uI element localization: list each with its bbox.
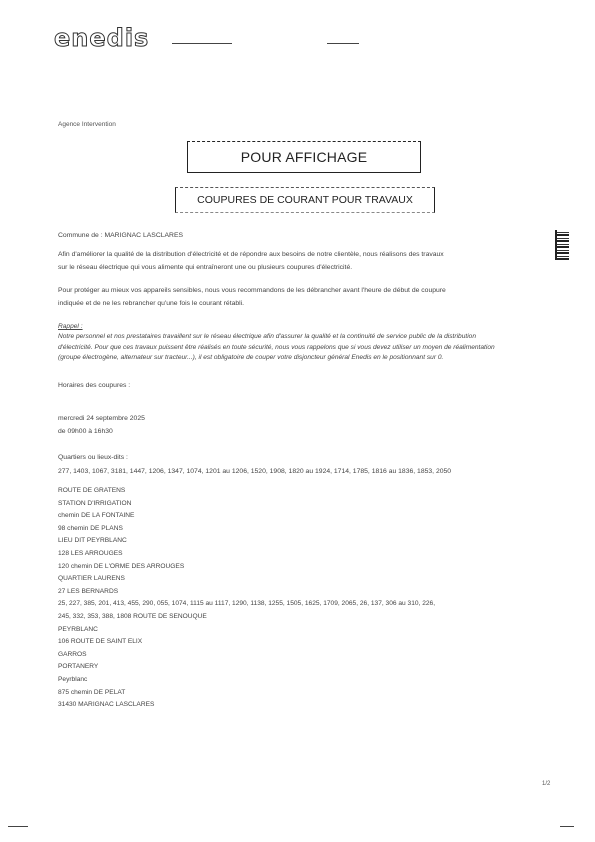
area-item: ROUTE DE GRATENS: [58, 485, 435, 498]
area-item: 128 LES ARROUGES: [58, 548, 435, 561]
footer-rule: [560, 826, 574, 827]
header-rule: [327, 43, 359, 44]
commune: Commune de : MARIGNAC LASCLARES: [58, 230, 183, 243]
areas-list: ROUTE DE GRATENS STATION D'IRRIGATION ch…: [58, 485, 435, 712]
area-item: STATION D'IRRIGATION: [58, 498, 435, 511]
title-box: POUR AFFICHAGE: [187, 141, 421, 173]
area-item: 245, 332, 353, 388, 1808 ROUTE DE SENOUQ…: [58, 611, 435, 624]
schedule-time: de 09h00 à 16h30: [58, 426, 113, 439]
page-number: 1/2: [542, 781, 550, 787]
area-item: Peyrblanc: [58, 674, 435, 687]
area-item: 120 chemin DE L'ORME DES ARROUGES: [58, 561, 435, 574]
area-item: chemin DE LA FONTAINE: [58, 510, 435, 523]
area-item: 98 chemin DE PLANS: [58, 523, 435, 536]
area-item: QUARTIER LAURENS: [58, 573, 435, 586]
area-item: 875 chemin DE PELAT: [58, 687, 435, 700]
reminder-text: Notre personnel et nos prestataires trav…: [58, 333, 495, 361]
area-item: PORTANERY: [58, 661, 435, 674]
intro-line-2: sur le réseau électrique qui vous alimen…: [58, 262, 352, 275]
area-item: PEYRBLANC: [58, 624, 435, 637]
document-subtitle: COUPURES DE COURANT POUR TRAVAUX: [197, 194, 413, 206]
schedule-date: mercredi 24 septembre 2025: [58, 413, 145, 426]
area-item: GARROS: [58, 649, 435, 662]
advice-line-1: Pour protéger au mieux vos appareils sen…: [58, 285, 446, 298]
area-item: 277, 1403, 1067, 3181, 1447, 1206, 1347,…: [58, 466, 451, 479]
area-item: 106 ROUTE DE SAINT ELIX: [58, 636, 435, 649]
datamatrix-barcode-icon: [555, 230, 569, 260]
agency-name: Agence Intervention: [58, 121, 116, 128]
area-item: LIEU DIT PEYRBLANC: [58, 535, 435, 548]
footer-rule: [8, 826, 28, 827]
document-title: POUR AFFICHAGE: [241, 149, 367, 165]
areas-heading: Quartiers ou lieux-dits :: [58, 452, 128, 465]
reminder-block: Rappel : Notre personnel et nos prestata…: [58, 322, 498, 363]
schedule-heading: Horaires des coupures :: [58, 380, 130, 393]
area-item: 25, 227, 385, 201, 413, 455, 290, 055, 1…: [58, 598, 435, 611]
reminder-label: Rappel :: [58, 322, 498, 332]
header-rule: [172, 43, 232, 44]
intro-line-1: Afin d'améliorer la qualité de la distri…: [58, 249, 444, 262]
area-item: 27 LES BERNARDS: [58, 586, 435, 599]
area-item: 31430 MARIGNAC LASCLARES: [58, 699, 435, 712]
advice-line-2: indiquée et de ne les rebrancher qu'une …: [58, 298, 244, 311]
enedis-logo: enedis: [54, 24, 149, 52]
subtitle-box: COUPURES DE COURANT POUR TRAVAUX: [175, 187, 435, 213]
